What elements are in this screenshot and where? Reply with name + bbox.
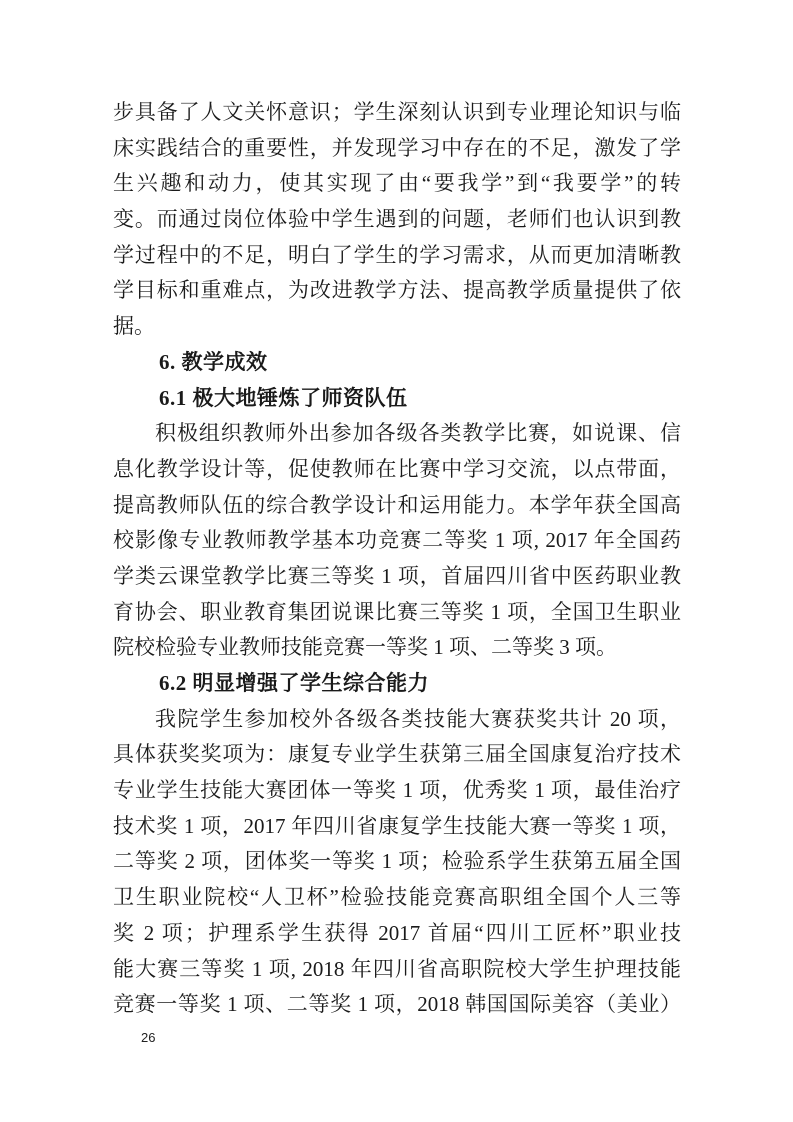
text-line: 提高教师队伍的综合教学设计和运用能力。本学年获全国高 [113,488,681,524]
text-line: 卫生职业院校“人卫杯”检验技能竞赛高职组全国个人三等 [113,880,681,916]
text-line: 我院学生参加校外各级各类技能大赛获奖共计 20 项， [113,702,681,738]
page-number: 26 [141,1030,155,1045]
text-line: 具体获奖奖项为：康复专业学生获第三届全国康复治疗技术 [113,737,681,773]
section-heading: 6. 教学成效 [113,345,681,381]
section-heading: 6.2 明显增强了学生综合能力 [113,666,681,702]
text-line: 积极组织教师外出参加各级各类教学比赛，如说课、信 [113,416,681,452]
text-line: 专业学生技能大赛团体一等奖 1 项，优秀奖 1 项，最佳治疗 [113,773,681,809]
text-line: 育协会、职业教育集团说课比赛三等奖 1 项，全国卫生职业 [113,595,681,631]
text-line: 步具备了人文关怀意识；学生深刻认识到专业理论知识与临 [113,95,681,131]
text-line: 奖 2 项；护理系学生获得 2017 首届“四川工匠杯”职业技 [113,916,681,952]
text-line: 能大赛三等奖 1 项, 2018 年四川省高职院校大学生护理技能 [113,952,681,988]
text-line: 学目标和重难点，为改进教学方法、提高教学质量提供了依 [113,273,681,309]
section-heading: 6.1 极大地锤炼了师资队伍 [113,381,681,417]
text-line: 据。 [113,309,681,345]
text-line: 院校检验专业教师技能竞赛一等奖 1 项、二等奖 3 项。 [113,630,681,666]
text-line: 竞赛一等奖 1 项、二等奖 1 项，2018 韩国国际美容（美业） [113,987,681,1023]
document-body: 步具备了人文关怀意识；学生深刻认识到专业理论知识与临床实践结合的重要性，并发现学… [113,95,681,1023]
text-line: 学类云课堂教学比赛三等奖 1 项，首届四川省中医药职业教 [113,559,681,595]
document-page: 步具备了人文关怀意识；学生深刻认识到专业理论知识与临床实践结合的重要性，并发现学… [0,0,793,1122]
text-line: 二等奖 2 项，团体奖一等奖 1 项；检验系学生获第五届全国 [113,844,681,880]
text-line: 学过程中的不足，明白了学生的学习需求，从而更加清晰教 [113,238,681,274]
text-line: 变。而通过岗位体验中学生遇到的问题，老师们也认识到教 [113,202,681,238]
text-line: 息化教学设计等，促使教师在比赛中学习交流，以点带面， [113,452,681,488]
text-line: 床实践结合的重要性，并发现学习中存在的不足，激发了学 [113,131,681,167]
text-line: 生兴趣和动力，使其实现了由“要我学”到“我要学”的转 [113,166,681,202]
text-line: 技术奖 1 项，2017 年四川省康复学生技能大赛一等奖 1 项， [113,809,681,845]
text-line: 校影像专业教师教学基本功竞赛二等奖 1 项, 2017 年全国药 [113,523,681,559]
